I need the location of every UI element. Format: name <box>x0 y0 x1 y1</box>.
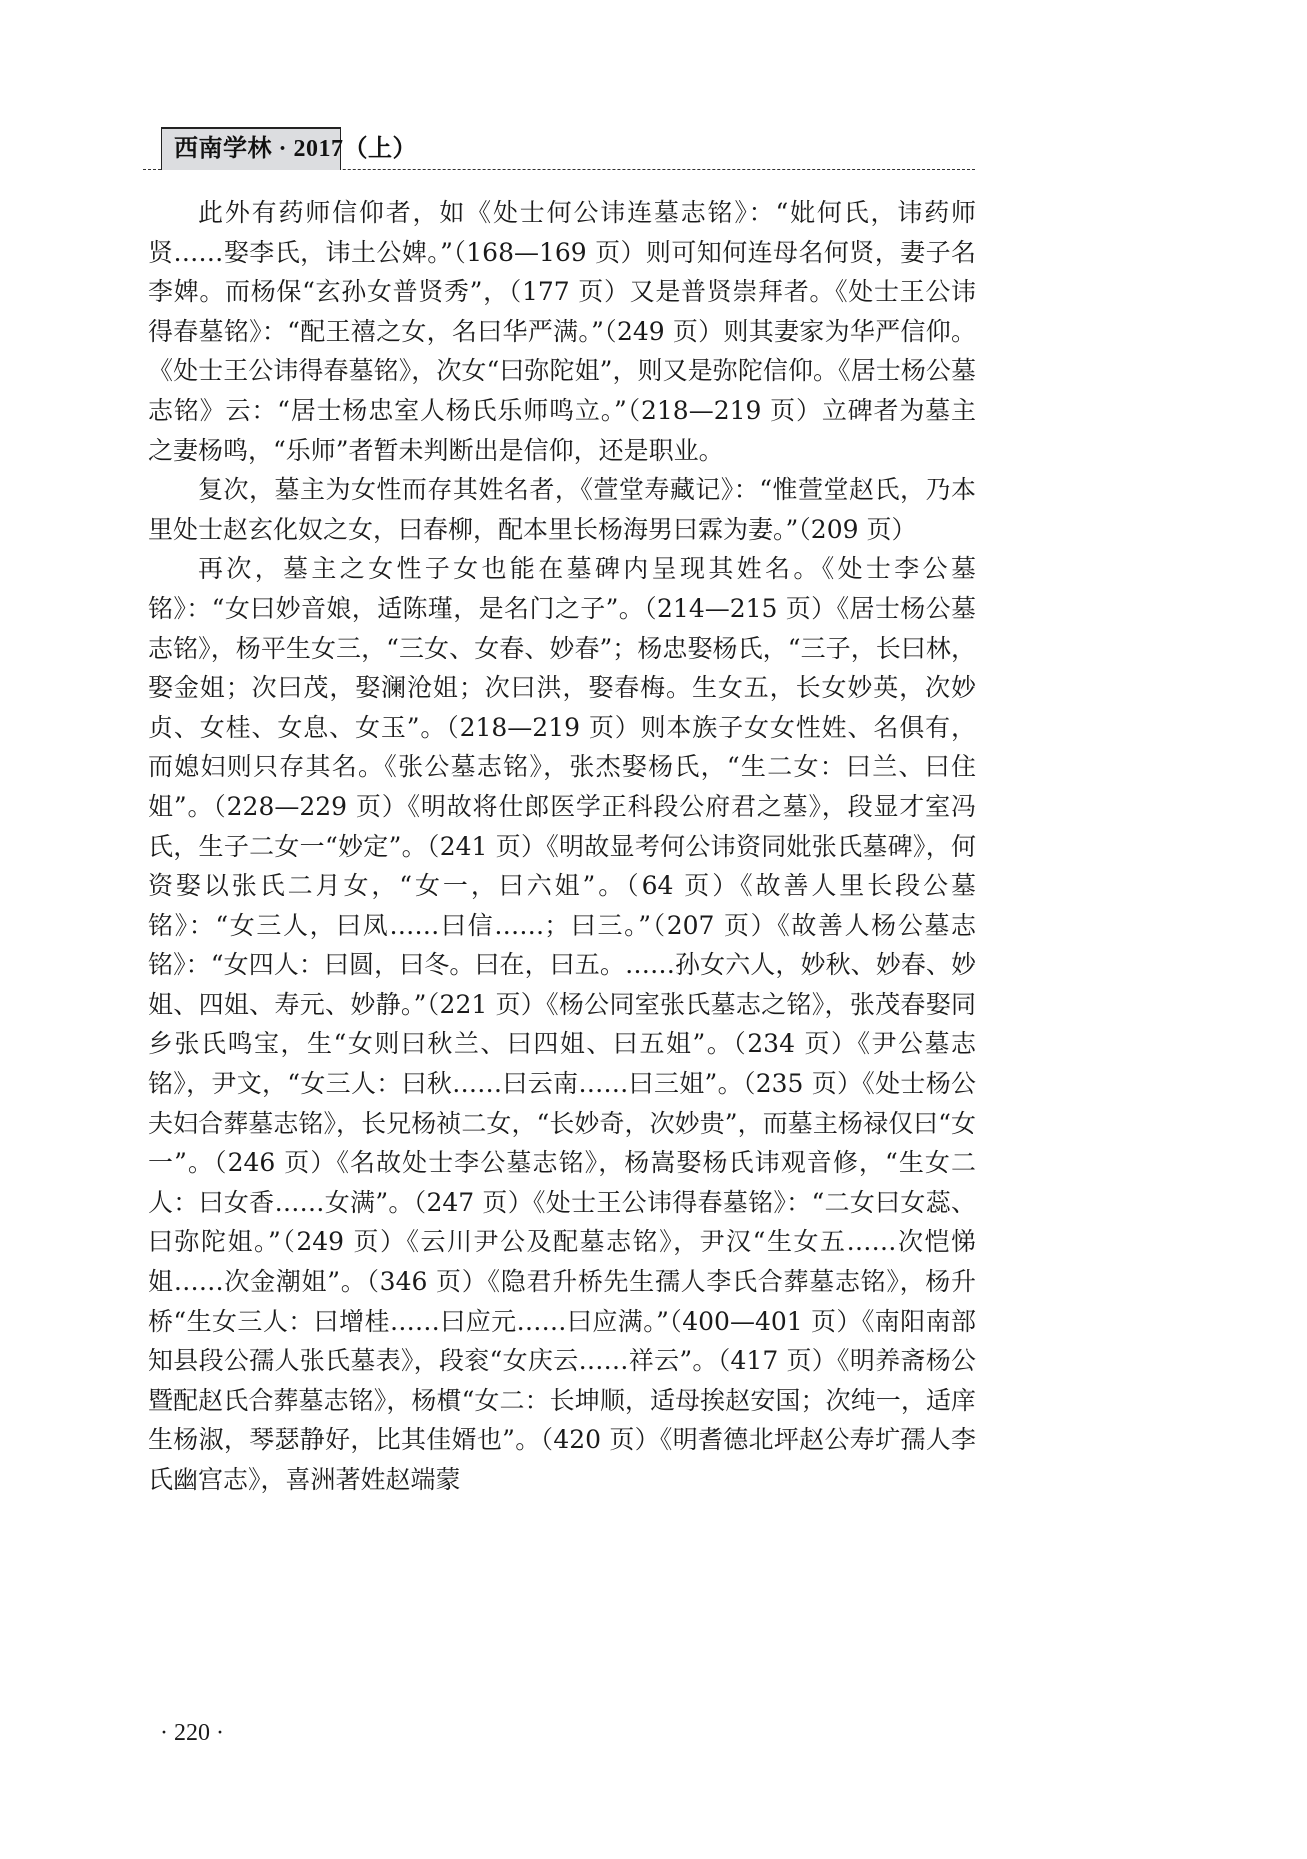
paragraph: 再次，墓主之女性子女也能在墓碑内呈现其姓名。《处士李公墓铭》：“女曰妙音娘，适陈… <box>148 549 976 1499</box>
article-body: 此外有药师信仰者，如《处士何公讳连墓志铭》：“妣何氏，讳药师贤……娶李氏，讳土公… <box>148 193 976 1500</box>
paragraph: 此外有药师信仰者，如《处士何公讳连墓志铭》：“妣何氏，讳药师贤……娶李氏，讳土公… <box>148 193 976 470</box>
paragraph: 复次，墓主为女性而存其姓名者，《萱堂寿藏记》：“惟萱堂赵氏，乃本里处士赵玄化奴之… <box>148 470 976 549</box>
page-number: · 220 · <box>160 1718 224 1748</box>
running-head: 西南学林 · 2017（上） <box>161 127 341 170</box>
